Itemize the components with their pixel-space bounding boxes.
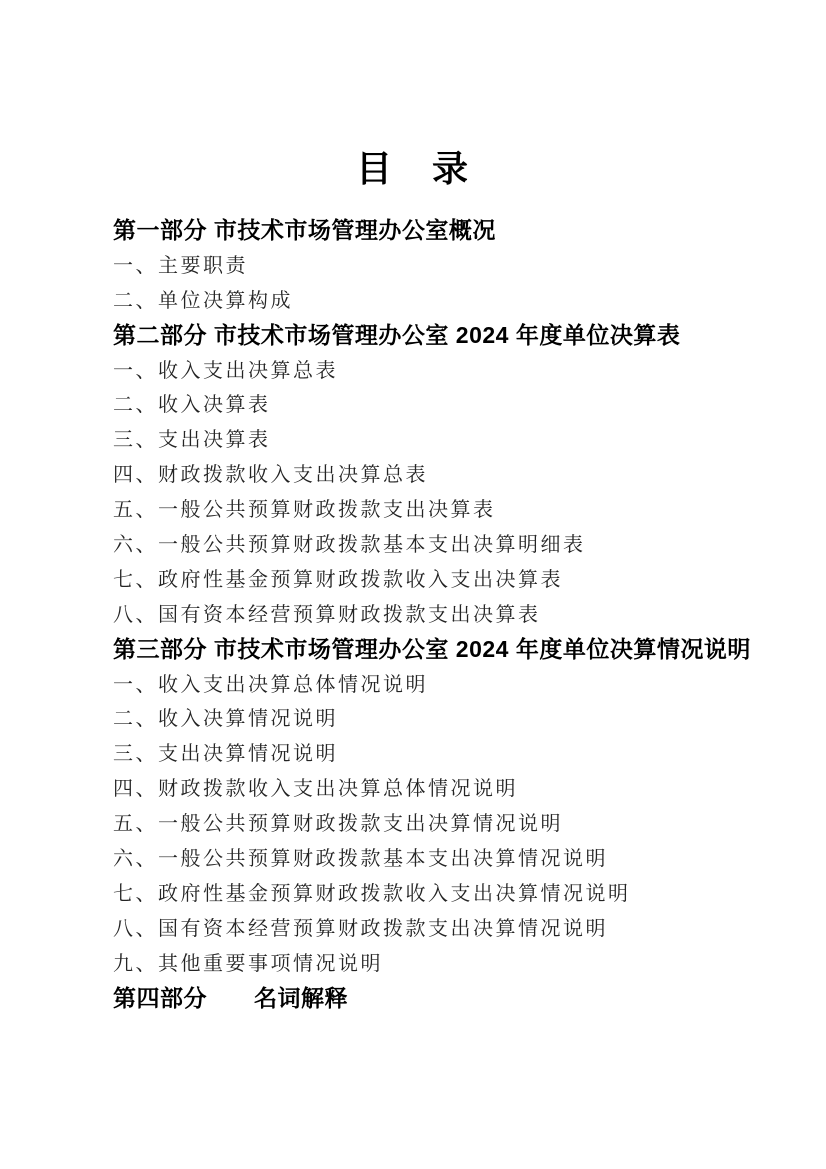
toc-item-label: 四、财政拨款收入支出决算总表 [113, 458, 428, 487]
toc-item-label: 九、其他重要事项情况说明 [113, 947, 383, 976]
toc-section-heading: 第四部分 名词解释 [113, 980, 348, 1013]
toc-item: 七、政府性基金预算财政拨款收入支出决算表 [113, 560, 786, 595]
toc-item: 四、财政拨款收入支出决算总表 [113, 455, 786, 490]
toc-item: 四、财政拨款收入支出决算总体情况说明 [113, 769, 786, 804]
toc-item-label: 八、国有资本经营预算财政拨款支出决算情况说明 [113, 912, 608, 941]
toc-page: 目 录 第一部分 市技术市场管理办公室概况 一、主要职责 二、单位决算构成 第二… [0, 0, 826, 1169]
toc-item: 三、支出决算表 [113, 420, 786, 455]
toc-item-label: 三、支出决算情况说明 [113, 737, 338, 766]
toc-item-label: 六、一般公共预算财政拨款基本支出决算明细表 [113, 528, 586, 557]
toc-item-label: 七、政府性基金预算财政拨款收入支出决算情况说明 [113, 877, 631, 906]
toc-item: 五、一般公共预算财政拨款支出决算情况说明 [113, 804, 786, 839]
toc-item: 五、一般公共预算财政拨款支出决算表 [113, 490, 786, 525]
toc-item: 一、收入支出决算总体情况说明 [113, 665, 786, 700]
toc-item: 九、其他重要事项情况说明 [113, 944, 786, 979]
toc-item: 一、收入支出决算总表 [113, 351, 786, 386]
toc-item-label: 一、主要职责 [113, 249, 248, 278]
toc-item-label: 一、收入支出决算总体情况说明 [113, 668, 428, 697]
toc-item: 一、主要职责 [113, 246, 786, 281]
toc-item: 七、政府性基金预算财政拨款收入支出决算情况说明 [113, 874, 786, 909]
toc-item-label: 八、国有资本经营预算财政拨款支出决算表 [113, 598, 541, 627]
toc-section-3: 第三部分 市技术市场管理办公室 2024 年度单位决算情况说明 [113, 630, 786, 665]
toc-item-label: 五、一般公共预算财政拨款支出决算表 [113, 493, 496, 522]
toc-item-label: 五、一般公共预算财政拨款支出决算情况说明 [113, 807, 563, 836]
toc-section-4: 第四部分 名词解释 [113, 979, 786, 1014]
toc-section-heading: 第三部分 市技术市场管理办公室 2024 年度单位决算情况说明 [113, 631, 751, 664]
toc-item-label: 一、收入支出决算总表 [113, 354, 338, 383]
toc-section-heading: 第一部分 市技术市场管理办公室概况 [113, 212, 496, 245]
toc-section-1: 第一部分 市技术市场管理办公室概况 [113, 211, 786, 246]
toc-item-label: 二、单位决算构成 [113, 284, 293, 313]
toc-item: 三、支出决算情况说明 [113, 734, 786, 769]
toc-section-heading: 第二部分 市技术市场管理办公室 2024 年度单位决算表 [113, 317, 680, 350]
toc-item: 六、一般公共预算财政拨款基本支出决算情况说明 [113, 839, 786, 874]
toc-item-label: 二、收入决算情况说明 [113, 702, 338, 731]
toc-section-2: 第二部分 市技术市场管理办公室 2024 年度单位决算表 [113, 316, 786, 351]
toc-item: 八、国有资本经营预算财政拨款支出决算情况说明 [113, 909, 786, 944]
toc-item: 二、收入决算情况说明 [113, 699, 786, 734]
page-title: 目 录 [0, 144, 826, 194]
toc-item: 二、单位决算构成 [113, 281, 786, 316]
toc-item: 二、收入决算表 [113, 385, 786, 420]
toc-item: 六、一般公共预算财政拨款基本支出决算明细表 [113, 525, 786, 560]
toc-item-label: 六、一般公共预算财政拨款基本支出决算情况说明 [113, 842, 608, 871]
toc-item-label: 七、政府性基金预算财政拨款收入支出决算表 [113, 563, 563, 592]
toc-item-label: 三、支出决算表 [113, 423, 271, 452]
toc-item-label: 二、收入决算表 [113, 388, 271, 417]
toc-item: 八、国有资本经营预算财政拨款支出决算表 [113, 595, 786, 630]
toc-item-label: 四、财政拨款收入支出决算总体情况说明 [113, 772, 518, 801]
toc-list: 第一部分 市技术市场管理办公室概况 一、主要职责 二、单位决算构成 第二部分 市… [113, 211, 786, 1013]
